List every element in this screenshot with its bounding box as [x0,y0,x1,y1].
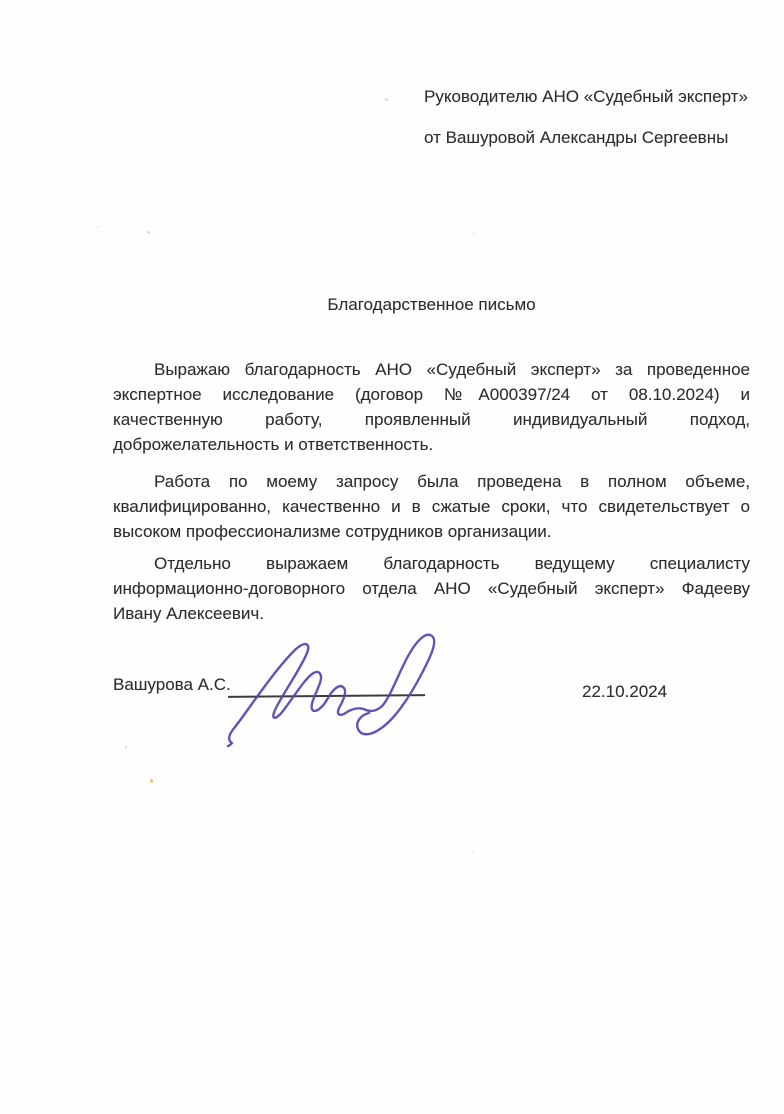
letter-date: 22.10.2024 [582,679,667,704]
paragraph-1: Выражаю благодарность АНО «Судебный эксп… [113,357,750,457]
letter-page: Руководителю АНО «Судебный эксперт» от В… [0,0,784,1114]
letter-title: Благодарственное письмо [113,292,750,317]
scan-speck [147,231,150,234]
signatory-name: Вашурова А.С. [113,672,231,697]
scan-speck [385,98,388,101]
scan-speck [150,779,153,783]
scan-speck [473,233,475,235]
paragraph-line: качественную работу, проявленный индивид… [113,407,750,432]
paragraph-line: экспертное исследование (договор №А00039… [113,382,750,407]
scan-speck [472,851,474,853]
paragraph-line: квалифицированно, качественно и в сжатые… [113,494,750,519]
sender-line: от Вашуровой Александры Сергеевны [424,117,748,158]
paragraph-line: Отдельно выражаем благодарность ведущему… [113,551,750,576]
scan-speck [97,226,99,228]
scan-speck [383,827,385,829]
paragraph-line: Работа по моему запросу была проведена в… [113,469,750,494]
paragraph-line: доброжелательность и ответственность. [113,432,750,457]
letter-header: Руководителю АНО «Судебный эксперт» от В… [424,76,748,158]
scan-speck [125,746,127,749]
handwritten-signature-icon [222,612,457,757]
paragraph-line: высоком профессионализме сотрудников орг… [113,519,750,544]
paragraph-2: Работа по моему запросу была проведена в… [113,469,750,544]
paragraph-line: Выражаю благодарность АНО «Судебный эксп… [113,357,750,382]
paragraph-line: информационно-договорного отдела АНО «Су… [113,576,750,601]
recipient-line: Руководителю АНО «Судебный эксперт» [424,76,748,117]
